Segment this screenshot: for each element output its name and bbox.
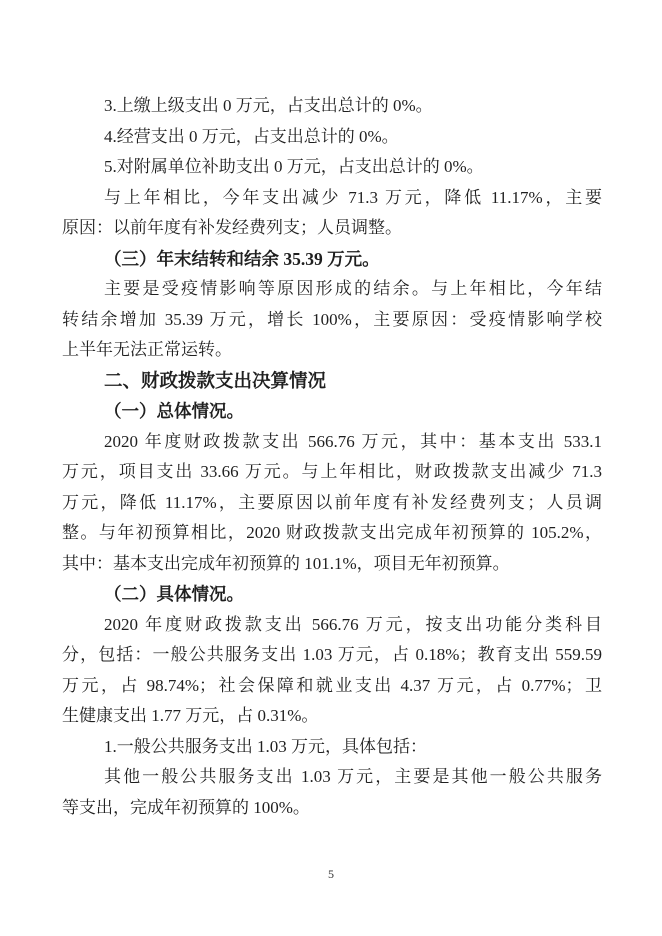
paragraph-line: 3.上缴上级支出 0 万元，占支出总计的 0%。: [62, 91, 602, 122]
paragraph-line: 主要是受疫情影响等原因形成的结余。与上年相比，今年结: [62, 274, 602, 305]
paragraph-line: 原因：以前年度有补发经费列支；人员调整。: [62, 213, 602, 244]
section-heading: （二）具体情况。: [62, 579, 602, 610]
paragraph-line: 分，包括：一般公共服务支出 1.03 万元，占 0.18%；教育支出 559.5…: [62, 640, 602, 671]
paragraph-line: 万元，项目支出 33.66 万元。与上年相比，财政拨款支出减少 71.3: [62, 457, 602, 488]
document-page: 3.上缴上级支出 0 万元，占支出总计的 0%。4.经营支出 0 万元，占支出总…: [0, 0, 662, 936]
paragraph-line: 生健康支出 1.77 万元，占 0.31%。: [62, 701, 602, 732]
section-heading: （三）年末结转和结余 35.39 万元。: [62, 244, 602, 275]
paragraph-line: 万元，占 98.74%；社会保障和就业支出 4.37 万元，占 0.77%；卫: [62, 671, 602, 702]
paragraph-line: 等支出，完成年初预算的 100%。: [62, 793, 602, 824]
page-number: 5: [0, 867, 662, 882]
paragraph-line: 1.一般公共服务支出 1.03 万元，具体包括：: [62, 732, 602, 763]
paragraph-line: 4.经营支出 0 万元，占支出总计的 0%。: [62, 122, 602, 153]
paragraph-line: 其中：基本支出完成年初预算的 101.1%，项目无年初预算。: [62, 549, 602, 580]
paragraph-line: 2020 年度财政拨款支出 566.76 万元，其中：基本支出 533.1: [62, 427, 602, 458]
paragraph-line: 整。与年初预算相比，2020 财政拨款支出完成年初预算的 105.2%，: [62, 518, 602, 549]
paragraph-line: 与上年相比，今年支出减少 71.3 万元，降低 11.17%，主要: [62, 183, 602, 214]
paragraph-line: 万元，降低 11.17%，主要原因以前年度有补发经费列支；人员调: [62, 488, 602, 519]
document-body: 3.上缴上级支出 0 万元，占支出总计的 0%。4.经营支出 0 万元，占支出总…: [62, 91, 602, 823]
paragraph-line: 其他一般公共服务支出 1.03 万元，主要是其他一般公共服务: [62, 762, 602, 793]
paragraph-line: 5.对附属单位补助支出 0 万元，占支出总计的 0%。: [62, 152, 602, 183]
paragraph-line: 转结余增加 35.39 万元，增长 100%，主要原因：受疫情影响学校: [62, 305, 602, 336]
paragraph-line: 上半年无法正常运转。: [62, 335, 602, 366]
section-heading: 二、财政拨款支出决算情况: [62, 366, 602, 397]
section-heading: （一）总体情况。: [62, 396, 602, 427]
paragraph-line: 2020 年度财政拨款支出 566.76 万元，按支出功能分类科目: [62, 610, 602, 641]
